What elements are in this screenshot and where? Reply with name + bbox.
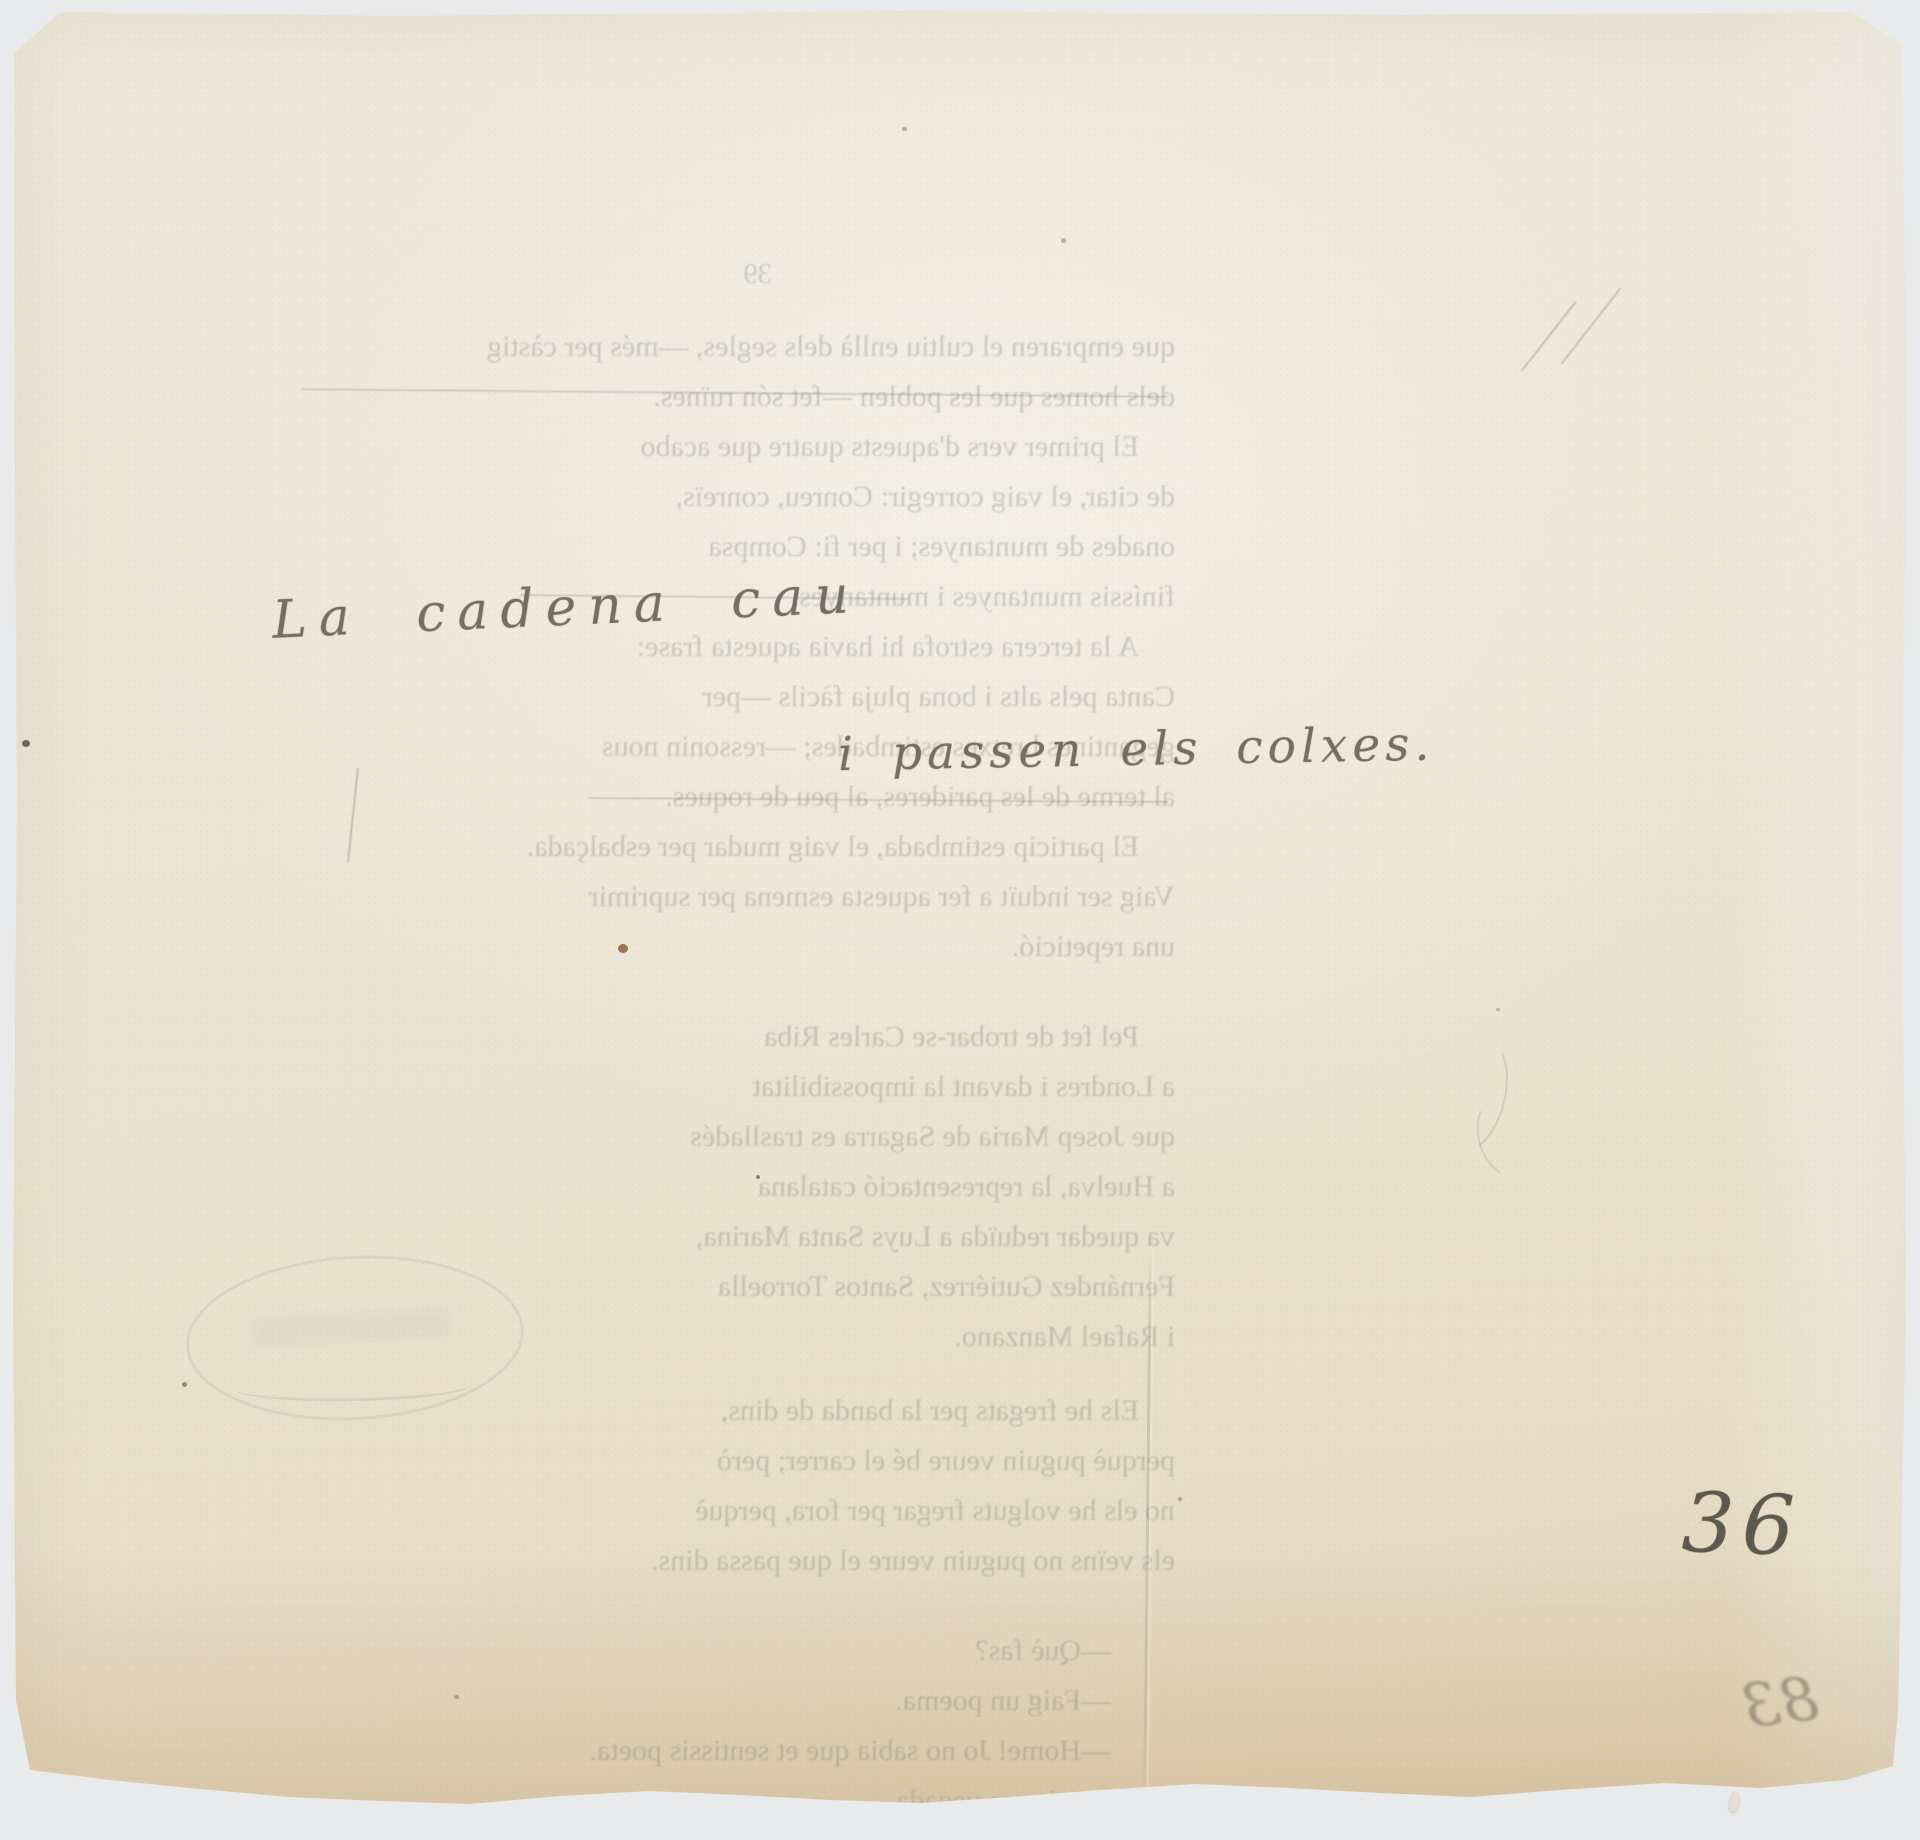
paper-sheet: 39 que empraren el cultiu enllà dels seg… bbox=[0, 0, 1920, 1840]
print-paragraph-2: Pel fet de trobar-se Carles Riba a Londr… bbox=[430, 1012, 1175, 1362]
stamp-squiggle bbox=[233, 1370, 471, 1403]
handwritten-page-number: 36 bbox=[1680, 1476, 1804, 1575]
print-paragraph-3: Els he fregats per la banda de dins, per… bbox=[430, 1386, 1175, 1586]
print-line: no els he volguts fregar per fora, perqu… bbox=[430, 1486, 1175, 1536]
print-line: onades de muntanyes; i per fi: Compsa bbox=[430, 522, 1175, 572]
foxing-speck bbox=[1061, 238, 1066, 243]
print-line: Fernández Gutiérrez, Santos Torroella bbox=[430, 1262, 1175, 1312]
print-line-partial: la primera vegada bbox=[430, 1776, 1175, 1826]
print-page-number: 39 bbox=[430, 252, 1175, 298]
scanned-page: 39 que empraren el cultiu enllà dels seg… bbox=[0, 0, 1920, 1840]
print-line: i Rafael Manzano. bbox=[430, 1312, 1175, 1362]
foxing-speck bbox=[1496, 1008, 1500, 1011]
diagonal-pencil-mark bbox=[1561, 288, 1622, 365]
pencil-stroke-mark bbox=[347, 768, 359, 862]
foxing-speck bbox=[756, 1175, 760, 1179]
bleedthrough-text-mirror: 39 que empraren el cultiu enllà dels seg… bbox=[430, 252, 1175, 1826]
foxing-speck bbox=[454, 1695, 459, 1699]
stamp-smudge bbox=[250, 1306, 451, 1348]
print-line: a Londres i davant la impossibilitat bbox=[430, 1062, 1175, 1112]
print-line: al terme de les parideres, al peu de roq… bbox=[430, 772, 1175, 822]
print-line: va quedar reduïda a Luys Santa Marina, bbox=[430, 1212, 1175, 1262]
diagonal-pencil-mark bbox=[1521, 301, 1577, 372]
print-line: El primer vers d'aquests quatre que acab… bbox=[430, 422, 1175, 472]
foxing-speck bbox=[902, 127, 907, 131]
torn-edge-fiber bbox=[1728, 1791, 1741, 1812]
print-line: El particip estimbada, el vaig mudar per… bbox=[430, 822, 1175, 872]
print-line: —Faig un poema. bbox=[430, 1676, 1175, 1726]
print-line: Pel fet de trobar-se Carles Riba bbox=[430, 1012, 1175, 1062]
print-line: Vaig ser induït a fer aquesta esmena per… bbox=[430, 872, 1175, 922]
print-line: dels homes que les poblen —fet són ruïne… bbox=[430, 372, 1175, 422]
handwritten-annotation-line2: i passen els colxes. bbox=[838, 717, 1435, 782]
print-line: que Josep Maria de Sagarra es traslladés bbox=[430, 1112, 1175, 1162]
foxing-speck bbox=[182, 1382, 187, 1387]
foxing-speck bbox=[22, 740, 30, 747]
print-line: a Huelva, la representació catalana bbox=[430, 1162, 1175, 1212]
print-paragraph-1: que empraren el cultiu enllà dels segles… bbox=[430, 322, 1175, 972]
foxing-speck bbox=[618, 944, 628, 953]
print-dialogue-block: —Què fas? —Faig un poema. —Home! Jo no s… bbox=[430, 1626, 1175, 1826]
print-line: els veïns no puguin veure el que passa d… bbox=[430, 1536, 1175, 1586]
print-line: perquè puguin veure bé el carrer; però bbox=[430, 1436, 1175, 1486]
print-line: Els he fregats per la banda de dins, bbox=[430, 1386, 1175, 1436]
foxing-speck bbox=[1178, 1497, 1182, 1501]
print-line: que empraren el cultiu enllà dels segles… bbox=[430, 322, 1175, 372]
print-line: —Què fas? bbox=[430, 1626, 1175, 1676]
print-line: una repetició. bbox=[430, 922, 1175, 972]
faint-number-mark: 83 bbox=[1738, 1664, 1822, 1743]
print-line: —Home! Jo no sabia que et sentissis poet… bbox=[430, 1726, 1175, 1776]
print-line: de citar, el vaig corregir: Conreu, conr… bbox=[430, 472, 1175, 522]
print-line: Canta pels alts i bona pluja fàcils —per bbox=[430, 672, 1175, 722]
